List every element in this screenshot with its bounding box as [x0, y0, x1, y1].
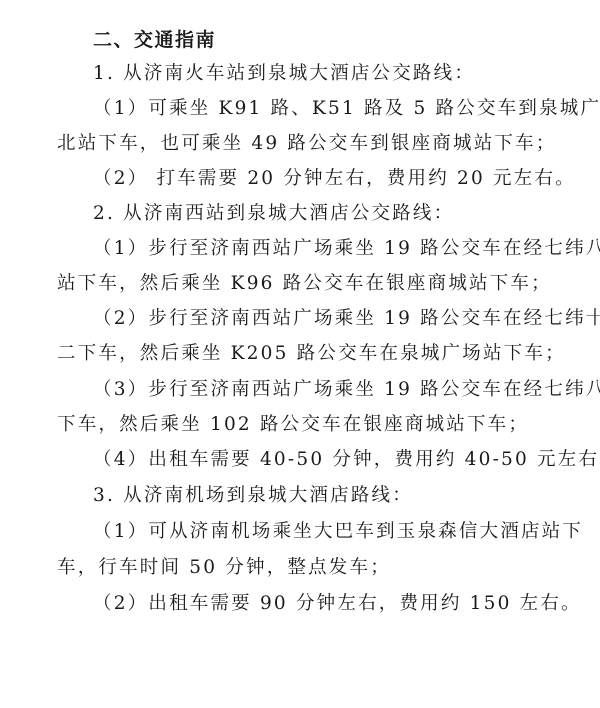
section-heading: 二、交通指南	[93, 23, 577, 58]
paragraph-line: （2）步行至济南西站广场乘坐 19 路公交车在经七纬十	[93, 301, 577, 336]
paragraph-line: （1）可乘坐 K91 路、K51 路及 5 路公交车到泉城广场	[93, 91, 577, 126]
paragraph-line: 下车，然后乘坐 102 路公交车在银座商城站下车；	[57, 407, 541, 442]
paragraph-line: （2） 打车需要 20 分钟左右，费用约 20 元左右。	[93, 161, 577, 196]
document-page: 二、交通指南 1. 从济南火车站到泉城大酒店公交路线： （1）可乘坐 K91 路…	[0, 0, 600, 708]
paragraph-line: 北站下车，也可乘坐 49 路公交车到银座商城站下车；	[57, 126, 541, 161]
paragraph-line: （4）出租车需要 40-50 分钟，费用约 40-50 元左右。	[93, 442, 577, 477]
paragraph-line: （2）出租车需要 90 分钟左右，费用约 150 左右。	[93, 586, 577, 621]
paragraph-line: 车，行车时间 50 分钟，整点发车；	[57, 550, 541, 585]
paragraph-line: 二下车，然后乘坐 K205 路公交车在泉城广场站下车；	[57, 336, 541, 371]
paragraph-line: 站下车，然后乘坐 K96 路公交车在银座商城站下车；	[57, 266, 541, 301]
subsection-title-3: 3. 从济南机场到泉城大酒店路线：	[93, 478, 577, 513]
subsection-title-2: 2. 从济南西站到泉城大酒店公交路线：	[93, 196, 577, 231]
paragraph-line: （1）步行至济南西站广场乘坐 19 路公交车在经七纬八	[93, 231, 577, 266]
paragraph-line: （3）步行至济南西站广场乘坐 19 路公交车在经七纬八	[93, 372, 577, 407]
subsection-title-1: 1. 从济南火车站到泉城大酒店公交路线：	[93, 56, 577, 91]
paragraph-line: （1）可从济南机场乘坐大巴车到玉泉森信大酒店站下	[93, 514, 577, 549]
